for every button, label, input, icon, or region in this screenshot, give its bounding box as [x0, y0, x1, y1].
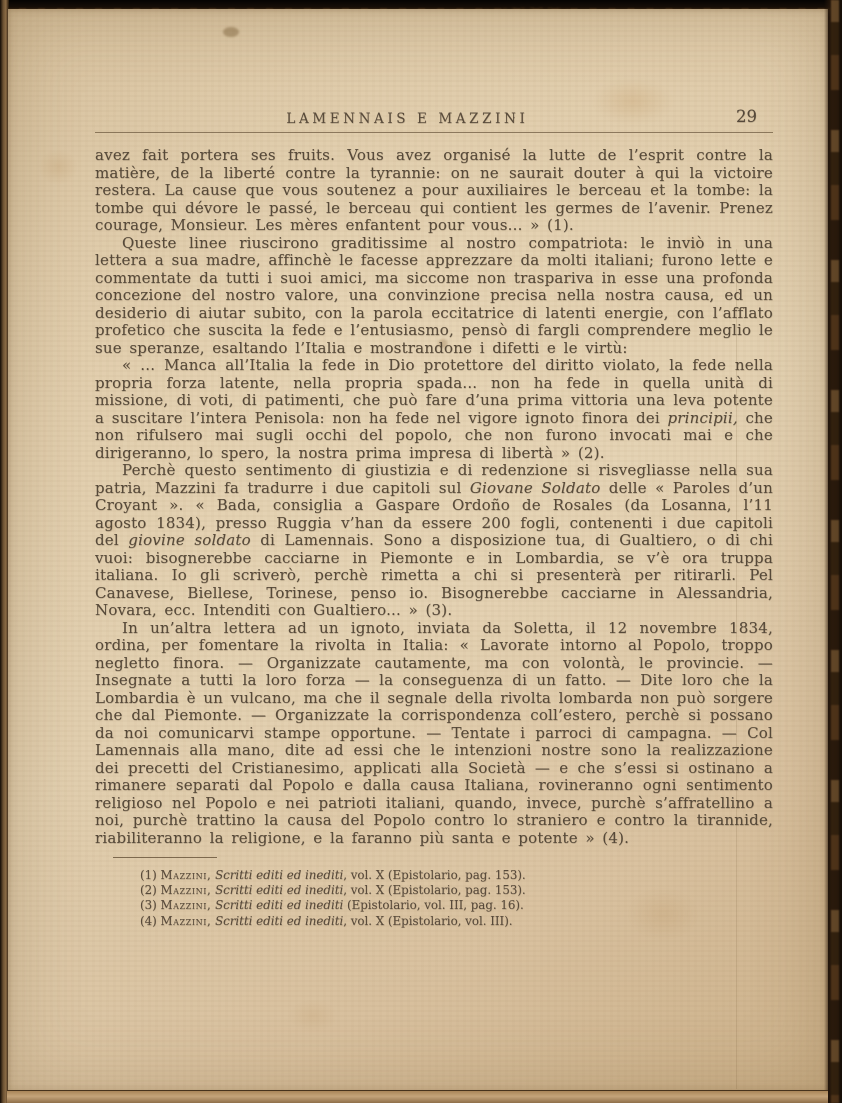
footnote-marker: (4) [140, 914, 157, 928]
book-pages-edge-bottom [7, 1090, 828, 1103]
footnote-title: Scritti editi ed inediti [215, 914, 343, 928]
body-paragraph: avez fait portera ses fruits. Vous avez … [95, 147, 773, 235]
foxing-stain [223, 27, 239, 37]
body-paragraph: Queste linee riuscirono graditissime al … [95, 235, 773, 358]
body-paragraph: Perchè questo sentimento di giustizia e … [95, 462, 773, 620]
footnote-reference: , vol. X (Epistolario, pag. 153). [343, 868, 525, 882]
page-number: 29 [736, 107, 757, 126]
chapter-title: LAMENNAIS E MAZZINI [286, 111, 528, 127]
page-deckle-edge-right [831, 0, 839, 1103]
paragraph-text: avez fait portera ses fruits. Vous avez … [95, 147, 773, 234]
footnote: (4) Mazzini, Scritti editi ed inediti, v… [95, 914, 773, 929]
running-head: LAMENNAIS E MAZZINI · 29 [95, 105, 773, 132]
paragraph-text: Queste linee riuscirono graditissime al … [95, 234, 773, 357]
footnote: (1) Mazzini, Scritti editi ed inediti, v… [95, 868, 773, 883]
footnote-author: Mazzini, [160, 883, 211, 897]
footnote-reference: , vol. X (Epistolario, vol. III). [343, 914, 512, 928]
footnote-author: Mazzini, [160, 914, 211, 928]
footnote-marker: (2) [140, 883, 157, 897]
body-paragraph: In un’altra lettera ad un ignoto, inviat… [95, 620, 773, 848]
footnote-author: Mazzini, [160, 898, 211, 912]
paragraph-text: In un’altra lettera ad un ignoto, inviat… [95, 619, 773, 847]
footnote-title: Scritti editi ed inediti [215, 898, 343, 912]
footnote: (3) Mazzini, Scritti editi ed inediti (E… [95, 898, 773, 913]
page-content: LAMENNAIS E MAZZINI · 29 avez fait porte… [95, 105, 773, 847]
footnote-separator-rule [113, 857, 217, 858]
footnote-reference: (Epistolario, vol. III, pag. 16). [343, 898, 524, 912]
head-separator-dot: · [512, 111, 516, 126]
footnote-title: Scritti editi ed inediti [215, 868, 343, 882]
book-page: LAMENNAIS E MAZZINI · 29 avez fait porte… [8, 9, 828, 1092]
footnote-title: Scritti editi ed inediti [215, 883, 343, 897]
italic-phrase: Giovane Soldato [470, 479, 601, 497]
italic-phrase: principii, [667, 409, 737, 427]
footnote-reference: , vol. X (Epistolario, pag. 153). [343, 883, 525, 897]
footnotes-block: (1) Mazzini, Scritti editi ed inediti, v… [95, 857, 773, 929]
header-rule [95, 132, 773, 133]
footnote-author: Mazzini, [160, 868, 211, 882]
foxing-stain [38, 149, 78, 185]
body-text: avez fait portera ses fruits. Vous avez … [95, 147, 773, 847]
footnote: (2) Mazzini, Scritti editi ed inediti, v… [95, 883, 773, 898]
body-paragraph: « ... Manca all’Italia la fede in Dio pr… [95, 357, 773, 462]
italic-phrase: giovine soldato [128, 531, 251, 549]
footnote-marker: (3) [140, 898, 157, 912]
foxing-stain [288, 999, 338, 1033]
footnote-marker: (1) [140, 868, 157, 882]
